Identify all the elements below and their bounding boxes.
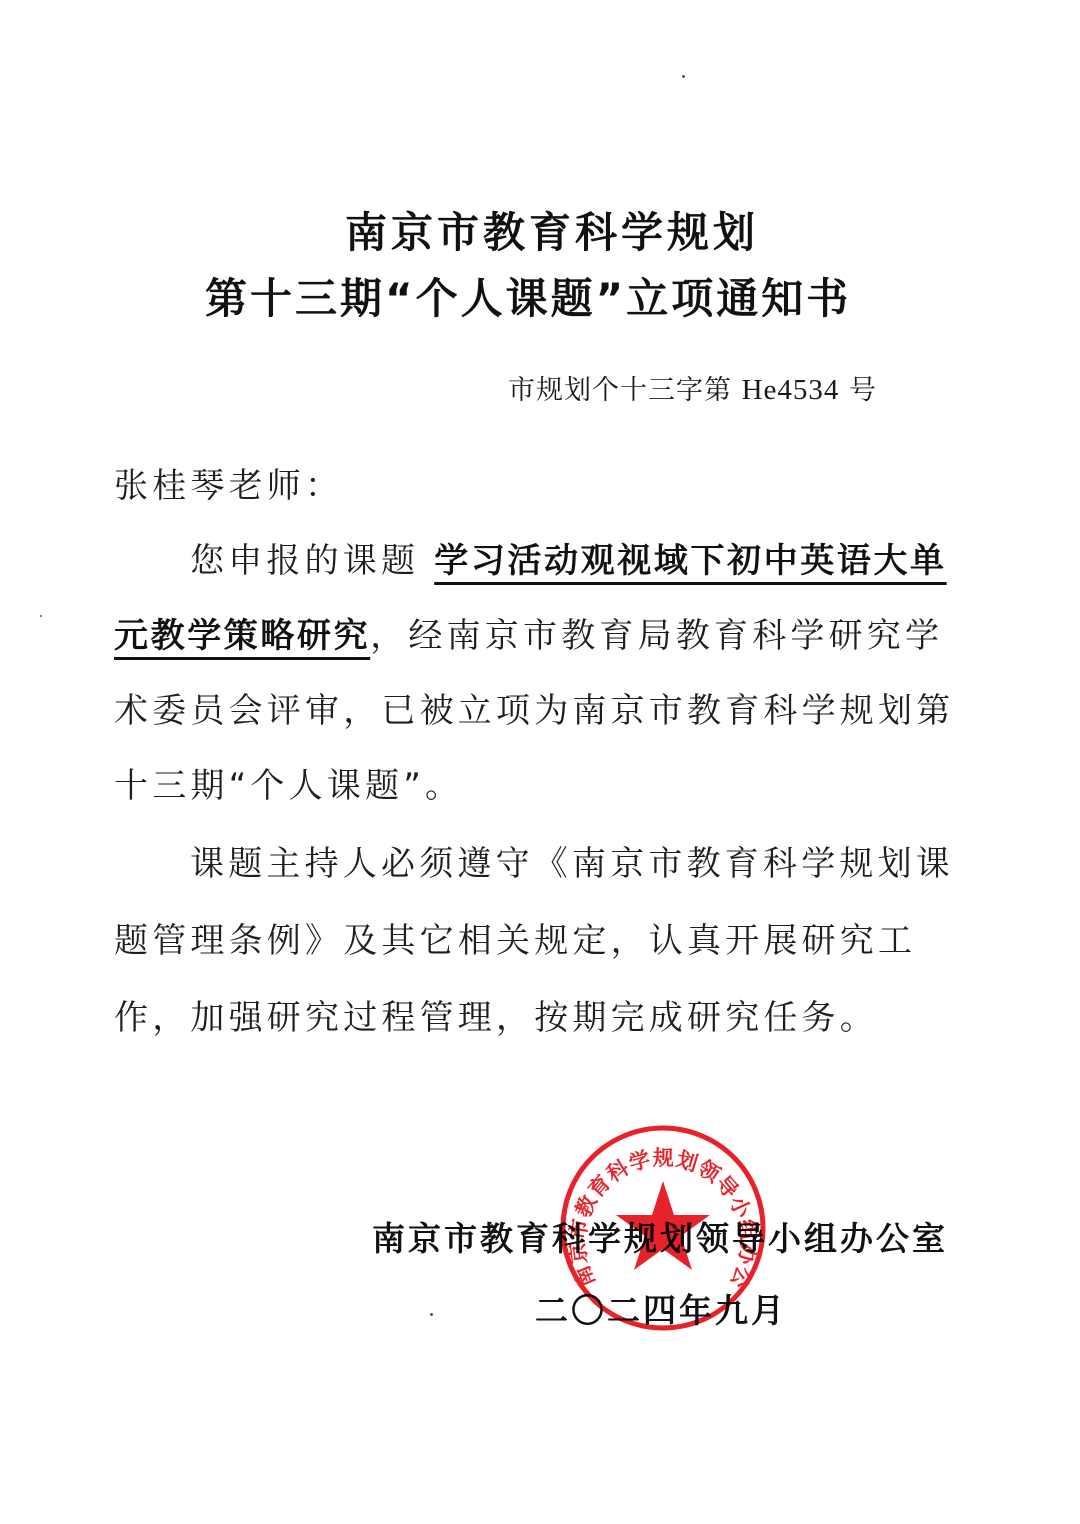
scan-speck [430,1313,433,1316]
paragraph2-line1: 课题主持人必须遵守《南京市教育科学规划课 [190,836,954,885]
doc-number-prefix: 市规划个十三字第 [508,375,732,406]
doc-number-code: He4534 [742,374,840,406]
project-topic-part1: 学习活动观视域下初中英语大单 [434,541,946,581]
official-seal-icon: 南京市教育科学规划领导小组办公室 [558,1123,768,1333]
paragraph1-line3: 术委员会评审，已被立项为南京市教育科学规划第 [114,683,954,732]
seal-star-icon [616,1181,710,1270]
document-title-line2: 第十三期“个人课题”立项通知书 [205,266,851,326]
paragraph1-lead: 您申报的课题 [190,541,419,581]
paragraph1-line4: 十三期“个人课题”。 [114,758,463,807]
scan-speck [682,75,685,78]
paragraph1-line2: 元教学策略研究，经南京市教育局教育科学研究学 [114,608,943,657]
document-title-line1: 南京市教育科学规划 [345,200,759,260]
doc-number-suffix: 号 [849,375,877,406]
paragraph1-line1: 您申报的课题 学习活动观视域下初中英语大单 [190,533,947,582]
paragraph2-line3: 作，加强研究过程管理，按期完成研究任务。 [114,990,878,1039]
salutation: 张桂琴老师： [114,458,343,507]
document-number: 市规划个十三字第 He4534 号 [508,368,877,407]
paragraph1-line2-rest: ，经南京市教育局教育科学研究学 [370,616,943,656]
scan-speck [40,615,42,617]
project-topic-part2: 元教学策略研究 [114,616,370,656]
paragraph2-line2: 题管理条例》及其它相关规定，认真开展研究工 [114,913,916,962]
